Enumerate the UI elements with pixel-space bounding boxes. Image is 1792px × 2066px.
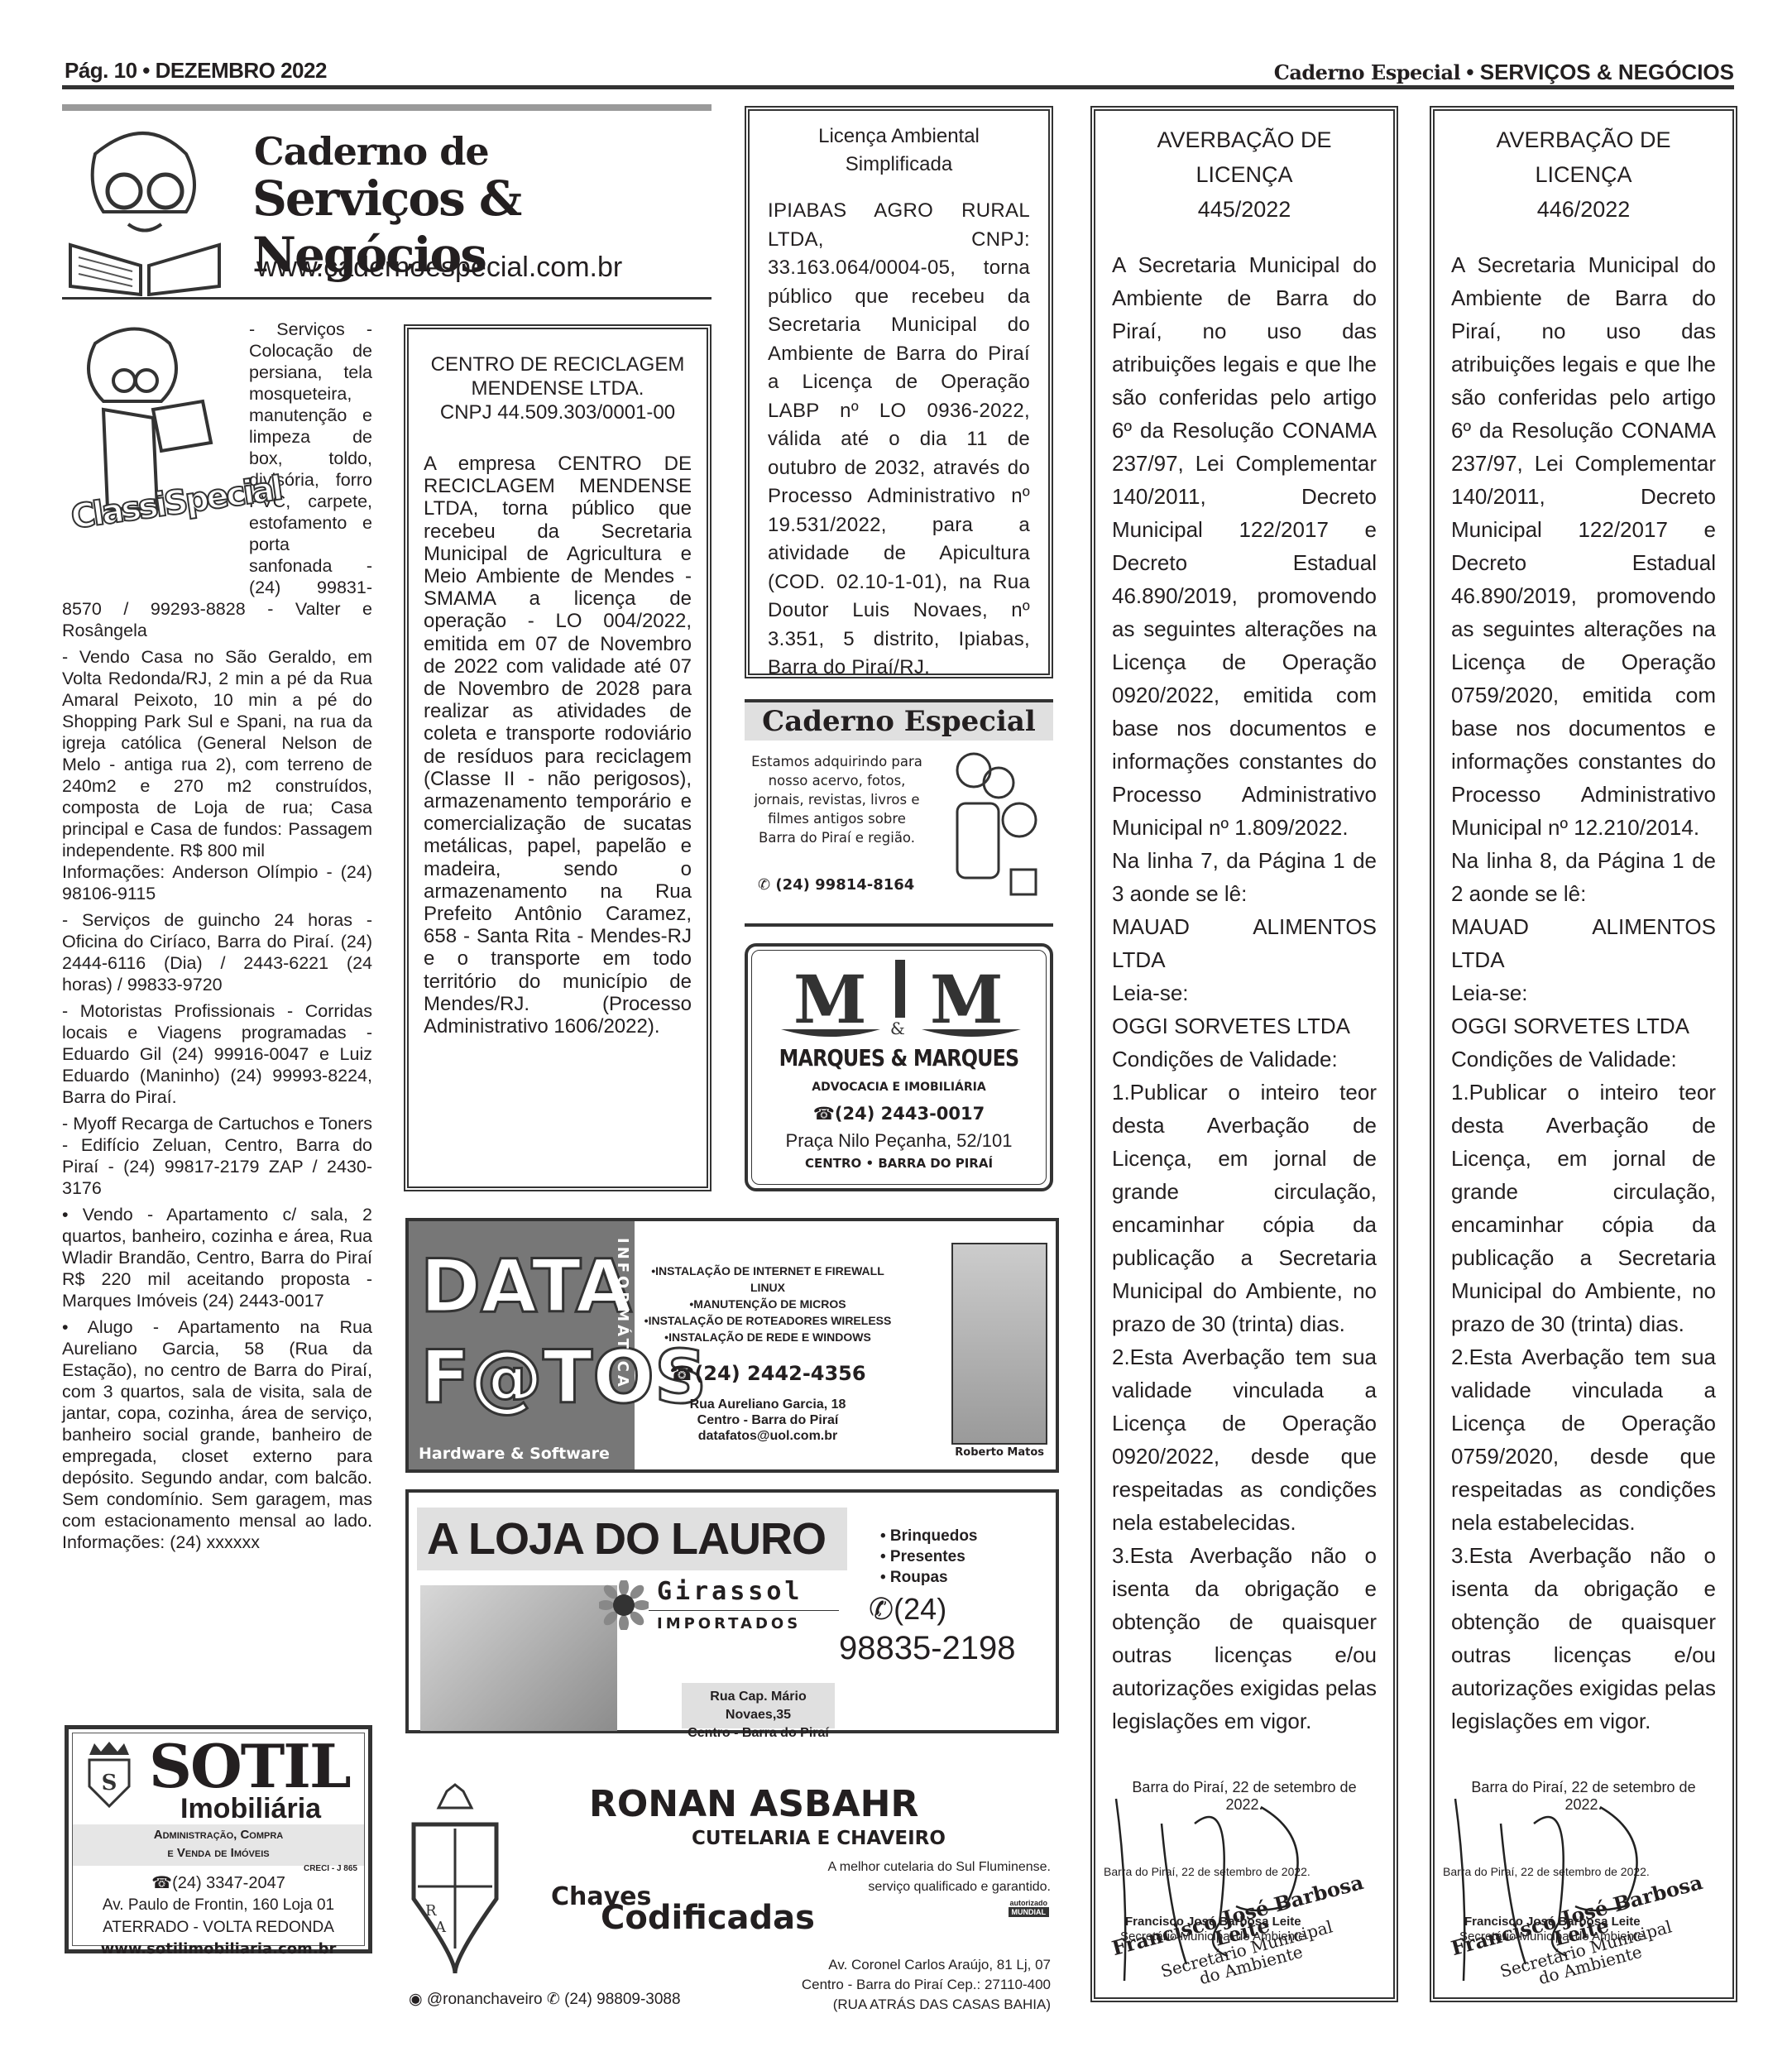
datafatos-services: •INSTALAÇÃO DE INTERNET E FIREWALL LINUX… xyxy=(635,1263,900,1345)
reciclagem-heading-line1: CENTRO DE RECICLAGEM xyxy=(424,352,692,376)
datafatos-ad: DATA F@TOS INFORMÁTICA Hardware & Softwa… xyxy=(405,1218,1059,1473)
sotil-name: SOTIL xyxy=(149,1733,350,1800)
sotil-services-line2: e Venda de Imóveis xyxy=(73,1844,364,1862)
sotil-website[interactable]: www.sotilimobiliaria.com.br xyxy=(73,1940,364,1958)
phone-icon: ☎ xyxy=(151,1874,172,1892)
caderno-ad-phone[interactable]: ✆ (24) 99814-8164 xyxy=(758,876,914,894)
mundial-badge-name: MUNDIAL xyxy=(1009,1907,1050,1917)
averbacao-line-ref: Na linha 8, da Página 1 de 2 aonde se lê… xyxy=(1451,844,1716,910)
whatsapp-icon: ✆ xyxy=(758,876,770,894)
lauro-address: Rua Cap. Mário Novaes,35 Centro - Barra … xyxy=(682,1683,835,1728)
svg-text:&: & xyxy=(890,1019,905,1038)
ronan-name: RONAN ASBAHR xyxy=(589,1783,918,1825)
girassol-sub: IMPORTADOS xyxy=(657,1615,801,1632)
averbacao-condition: 2.Esta Averbação tem sua validade vincul… xyxy=(1112,1340,1377,1539)
ronan-address-line3: (RUA ATRÁS DAS CASAS BAHIA) xyxy=(802,1995,1051,2015)
averbacao-number: 446/2022 xyxy=(1451,192,1716,227)
ronan-subtitle: CUTELARIA E CHAVEIRO xyxy=(692,1828,946,1849)
sunflower-icon xyxy=(599,1580,649,1630)
classifieds-column: ClassiSpecial - Serviços - Colocação de … xyxy=(62,319,372,1558)
averbacao-condition: 3.Esta Averbação não o isenta da obrigaç… xyxy=(1112,1539,1377,1738)
sotil-address-line1: Av. Paulo de Frontin, 160 Loja 01 xyxy=(73,1894,364,1916)
classified-item: • Alugo - Apartamento na Rua Aureliano G… xyxy=(62,1316,372,1553)
signature-date: Barra do Piraí, 22 de setembro de 2022. xyxy=(1443,1865,1650,1878)
reciclagem-body: A empresa CENTRO DE RECICLAGEM MENDENSE … xyxy=(424,453,692,1038)
sotil-inner-frame: S SOTIL Imobiliária Administração, Compr… xyxy=(72,1733,365,1946)
whatsapp-icon: ✆ xyxy=(547,1991,560,2008)
averbacao-title: AVERBAÇÃO DE LICENÇA xyxy=(1451,122,1716,192)
crest-scissors-icon: R A xyxy=(405,1783,505,1977)
datafatos-vertical-label: INFORMÁTICA xyxy=(614,1238,631,1390)
caderno-especial-ad: Caderno Especial Estamos adquirindo para… xyxy=(745,699,1053,927)
averbacao-conditions-title: Condições de Validade: xyxy=(1112,1043,1377,1076)
classified-item: - Vendo Casa no São Geraldo, em Volta Re… xyxy=(62,646,372,861)
lauro-item: • Roupas xyxy=(880,1567,978,1588)
averbacao-condition: 1.Publicar o inteiro teor desta Averbaçã… xyxy=(1451,1076,1716,1340)
datafatos-phone-number: (24) 2442-4356 xyxy=(694,1362,865,1385)
reciclagem-cnpj: CNPJ 44.509.303/0001-00 xyxy=(424,400,692,424)
ronan-social: ◉ @ronanchaveiro ✆ (24) 98809-3088 xyxy=(409,1990,681,2009)
phone-icon: ☎ xyxy=(813,1104,835,1124)
signature-block: Barra do Piraí, 22 de setembro de 2022. … xyxy=(1104,1790,1385,1981)
averbacao-condition: 3.Esta Averbação não o isenta da obrigaç… xyxy=(1451,1539,1716,1738)
section-header: Caderno Especial • SERVIÇOS & NEGÓCIOS xyxy=(1274,60,1734,85)
datafatos-logo-subtitle: Hardware & Software xyxy=(419,1445,610,1463)
signature-date: Barra do Piraí, 22 de setembro de 2022. xyxy=(1104,1865,1310,1878)
datafatos-service-item: •INSTALAÇÃO DE INTERNET E FIREWALL LINUX xyxy=(635,1263,900,1296)
datafatos-service-item: •MANUTENÇÃO DE MICROS xyxy=(635,1296,900,1312)
averbacao-body: A Secretaria Municipal do Ambiente de Ba… xyxy=(1451,248,1716,1738)
classified-item: Informações: Anderson Olímpio - (24) 981… xyxy=(62,861,372,904)
sotil-services: Administração, Compra e Venda de Imóveis xyxy=(73,1824,364,1866)
svg-text:A: A xyxy=(434,1919,447,1936)
lauro-item: • Brinquedos xyxy=(880,1526,978,1546)
datafatos-service-item: •INSTALAÇÃO DE ROTEADORES WIRELESS xyxy=(635,1312,900,1329)
licenca-notice: Licença Ambiental Simplificada IPIABAS A… xyxy=(745,106,1053,678)
marques-ad: M & M MARQUES & MARQUES ADVOCACIA E IMOB… xyxy=(745,943,1053,1191)
lauro-item: • Presentes xyxy=(880,1546,978,1567)
averbacao-heading: AVERBAÇÃO DE LICENÇA 445/2022 xyxy=(1112,122,1377,227)
svg-text:M: M xyxy=(793,961,867,1038)
lauro-whatsapp[interactable]: ✆(24) xyxy=(869,1592,946,1627)
averbacao-old-name: MAUAD ALIMENTOS LTDA xyxy=(1451,910,1716,976)
licenca-heading-line1: Licença Ambiental xyxy=(768,122,1030,151)
instagram-icon: ◉ xyxy=(409,1991,423,2008)
sotil-address: Av. Paulo de Frontin, 160 Loja 01 ATERRA… xyxy=(73,1894,364,1939)
marques-name: MARQUES & MARQUES xyxy=(770,1044,1027,1071)
boy-reading-newspaper-icon xyxy=(62,121,228,296)
ronan-tagline-line1: A melhor cutelaria do Sul Fluminense. xyxy=(828,1857,1051,1877)
mundial-badge-top: autorizado xyxy=(1009,1899,1050,1907)
svg-text:S: S xyxy=(102,1771,117,1795)
girassol-logo: Girassol IMPORTADOS xyxy=(599,1577,839,1643)
ronan-whatsapp[interactable]: (24) 98809-3088 xyxy=(564,1991,681,2008)
mundial-badge: autorizado MUNDIAL xyxy=(1009,1899,1050,1917)
averbacao-conditions-title: Condições de Validade: xyxy=(1451,1043,1716,1076)
sotil-phone[interactable]: ☎(24) 3347-2047 xyxy=(73,1872,364,1893)
averbacao-condition: 1.Publicar o inteiro teor desta Averbaçã… xyxy=(1112,1076,1377,1340)
masthead-bottom-rule xyxy=(62,297,712,300)
lauro-items: • Brinquedos • Presentes • Roupas xyxy=(880,1526,978,1588)
header-separator: • xyxy=(1460,60,1480,84)
marques-address: Praça Nilo Peçanha, 52/101 xyxy=(748,1130,1050,1152)
svg-text:R: R xyxy=(425,1902,437,1920)
datafatos-email[interactable]: datafatos@uol.com.br xyxy=(635,1428,900,1444)
crown-shield-icon: S xyxy=(84,1740,134,1808)
girassol-rule xyxy=(649,1610,839,1611)
ronan-instagram[interactable]: @ronanchaveiro xyxy=(427,1991,543,2008)
photo-caption: Roberto Matos xyxy=(955,1446,1044,1459)
phone-icon: ☎ xyxy=(669,1362,694,1385)
ronan-address: Av. Coronel Carlos Araújo, 81 Lj, 07 Cen… xyxy=(802,1955,1051,2015)
averbacao-read-as: Leia-se: xyxy=(1451,976,1716,1009)
whatsapp-icon: ✆ xyxy=(869,1592,894,1626)
scales-logo-icon: M & M xyxy=(781,958,1021,1044)
person-photo xyxy=(951,1243,1047,1445)
girassol-name: Girassol xyxy=(657,1577,803,1606)
reciclagem-notice: CENTRO DE RECICLAGEM MENDENSE LTDA. CNPJ… xyxy=(404,324,712,1191)
loja-do-lauro-ad: A LOJA DO LAURO • Brinquedos • Presentes… xyxy=(405,1489,1059,1733)
header-rule xyxy=(62,85,1734,89)
licenca-heading: Licença Ambiental Simplificada xyxy=(768,122,1030,179)
licenca-body: IPIABAS AGRO RURAL LTDA, CNPJ: 33.163.06… xyxy=(768,197,1030,683)
averbacao-title: AVERBAÇÃO DE LICENÇA xyxy=(1112,122,1377,192)
classified-item: - Serviços de guincho 24 horas - Oficina… xyxy=(62,909,372,995)
marques-phone-number: (24) 2443-0017 xyxy=(835,1104,985,1124)
averbacao-new-name: OGGI SORVETES LTDA xyxy=(1451,1009,1716,1043)
section-name: SERVIÇOS & NEGÓCIOS xyxy=(1480,60,1734,84)
sotil-ad: S SOTIL Imobiliária Administração, Compr… xyxy=(65,1725,372,1953)
licenca-heading-line2: Simplificada xyxy=(768,151,1030,179)
sotil-subtitle: Imobiliária xyxy=(180,1793,321,1825)
page-number-date: Pág. 10 • DEZEMBRO 2022 xyxy=(65,58,327,84)
datafatos-address-line1: Rua Aureliano Garcia, 18 xyxy=(635,1397,900,1412)
brand-name: Caderno Especial xyxy=(1274,60,1460,84)
sotil-services-line1: Administração, Compra xyxy=(73,1826,364,1844)
marques-city: CENTRO • BARRA DO PIRAÍ xyxy=(748,1156,1050,1171)
masthead: Caderno de Serviços & Negócios www.cader… xyxy=(62,104,712,300)
masthead-top-bar xyxy=(62,104,712,111)
projector-cartoon-icon xyxy=(932,745,1048,899)
ronan-asbahr-ad: R A RONAN ASBAHR CUTELARIA E CHAVEIRO A … xyxy=(405,1766,1059,2006)
lauro-phone-area: (24) xyxy=(894,1592,946,1626)
lauro-address-line2: Centro - Barra do Piraí xyxy=(682,1724,835,1742)
classispecial-logo: ClassiSpecial xyxy=(62,319,244,575)
classified-item: • Vendo - Apartamento c/ sala, 2 quartos… xyxy=(62,1204,372,1311)
averbacao-intro: A Secretaria Municipal do Ambiente de Ba… xyxy=(1451,248,1716,844)
averbacao-line-ref: Na linha 7, da Página 1 de 3 aonde se lê… xyxy=(1112,844,1377,910)
datafatos-logo: DATA F@TOS INFORMÁTICA Hardware & Softwa… xyxy=(409,1221,635,1469)
ronan-tagline-line2: serviço qualificado e garantido. xyxy=(828,1877,1051,1897)
masthead-title-line1: Caderno de xyxy=(254,129,489,174)
caderno-ad-phone-number: (24) 99814-8164 xyxy=(775,876,914,894)
marques-phone[interactable]: ☎(24) 2443-0017 xyxy=(748,1104,1050,1124)
datafatos-address: Rua Aureliano Garcia, 18 Centro - Barra … xyxy=(635,1397,900,1444)
averbacao-condition: 2.Esta Averbação tem sua validade vincul… xyxy=(1451,1340,1716,1539)
averbacao-intro: A Secretaria Municipal do Ambiente de Ba… xyxy=(1112,248,1377,844)
reciclagem-heading: CENTRO DE RECICLAGEM MENDENSE LTDA. CNPJ… xyxy=(424,352,692,424)
averbacao-notice-445: AVERBAÇÃO DE LICENÇA 445/2022 A Secretar… xyxy=(1090,106,1398,2002)
classified-item: - Myoff Recarga de Cartuchos e Toners - … xyxy=(62,1113,372,1199)
averbacao-new-name: OGGI SORVETES LTDA xyxy=(1112,1009,1377,1043)
lauro-address-line1: Rua Cap. Mário Novaes,35 xyxy=(682,1688,835,1724)
datafatos-phone[interactable]: ☎(24) 2442-4356 xyxy=(635,1362,900,1385)
averbacao-number: 445/2022 xyxy=(1112,192,1377,227)
averbacao-old-name: MAUAD ALIMENTOS LTDA xyxy=(1112,910,1377,976)
couple-gift-photo xyxy=(420,1585,617,1731)
svg-text:M: M xyxy=(930,961,1004,1038)
ronan-address-line1: Av. Coronel Carlos Araújo, 81 Lj, 07 xyxy=(802,1955,1051,1975)
ronan-keys-line2: Codificadas xyxy=(601,1899,815,1937)
lauro-phone[interactable]: 98835-2198 xyxy=(839,1630,1016,1667)
caderno-ad-text: Estamos adquirindo para nosso acervo, fo… xyxy=(748,752,926,847)
marques-tagline: ADVOCACIA E IMOBILIÁRIA xyxy=(748,1081,1050,1094)
averbacao-body: A Secretaria Municipal do Ambiente de Ba… xyxy=(1112,248,1377,1738)
caderno-ad-title: Caderno Especial xyxy=(745,702,1053,741)
signature-block: Barra do Piraí, 22 de setembro de 2022. … xyxy=(1443,1790,1724,1981)
ronan-address-line2: Centro - Barra do Piraí Cep.: 27110-400 xyxy=(802,1975,1051,1995)
reciclagem-heading-line2: MENDENSE LTDA. xyxy=(424,376,692,400)
masthead-url[interactable]: www.cadernoespecial.com.br xyxy=(256,252,622,284)
sotil-address-line2: ATERRADO - VOLTA REDONDA xyxy=(73,1916,364,1939)
datafatos-service-item: •INSTALAÇÃO DE REDE E WINDOWS xyxy=(635,1329,900,1345)
sotil-phone-number: (24) 3347-2047 xyxy=(172,1874,285,1892)
datafatos-address-line2: Centro - Barra do Piraí xyxy=(635,1412,900,1428)
averbacao-heading: AVERBAÇÃO DE LICENÇA 446/2022 xyxy=(1451,122,1716,227)
ronan-tagline: A melhor cutelaria do Sul Fluminense. se… xyxy=(828,1857,1051,1897)
lauro-title: A LOJA DO LAURO xyxy=(417,1508,847,1570)
classified-item: - Motoristas Profissionais - Corridas lo… xyxy=(62,1000,372,1108)
averbacao-read-as: Leia-se: xyxy=(1112,976,1377,1009)
averbacao-notice-446: AVERBAÇÃO DE LICENÇA 446/2022 A Secretar… xyxy=(1430,106,1737,2002)
